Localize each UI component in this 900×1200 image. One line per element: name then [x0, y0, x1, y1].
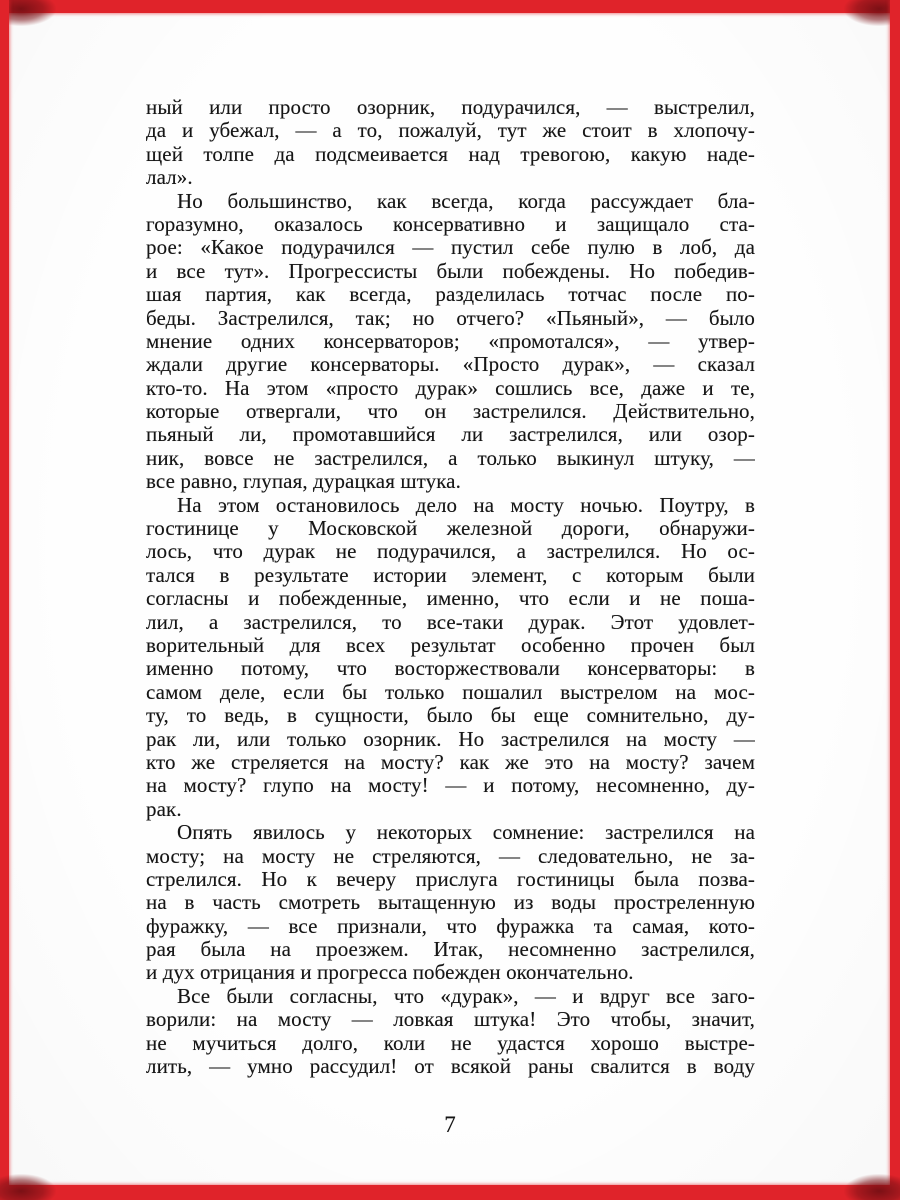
text-line: На этом остановилось дело на мосту ночью…: [146, 494, 755, 517]
text-line: ждали другие консерваторы. «Просто дурак…: [146, 353, 755, 376]
text-line: не мучиться долго, коли не удастся хорош…: [146, 1032, 755, 1055]
text-line: шая партия, как всегда, разделилась тотч…: [146, 283, 755, 306]
cover-corner-bottom-right: [844, 1174, 900, 1200]
text-line: да и убежал, — а то, пожалуй, тут же сто…: [146, 119, 755, 142]
text-line: Все были согласны, что «дурак», — и вдру…: [146, 985, 755, 1008]
text-line: кто-то. На этом «просто дурак» сошлись в…: [146, 377, 755, 400]
text-line: ворительный для всех результат особенно …: [146, 634, 755, 657]
text-line: именно потому, что восторжествовали конс…: [146, 657, 755, 680]
text-line: согласны и побежденные, именно, что если…: [146, 587, 755, 610]
text-line: рая была на проезжем. Итак, несомненно з…: [146, 938, 755, 961]
text-line: лось, что дурак не подурачился, а застре…: [146, 540, 755, 563]
text-line: которые отвергали, что он застрелился. Д…: [146, 400, 755, 423]
text-line: на в часть смотреть вытащенную из воды п…: [146, 891, 755, 914]
text-line: и дух отрицания и прогресса побежден око…: [146, 961, 755, 984]
text-line: тался в результате истории элемент, с ко…: [146, 564, 755, 587]
text-line: гостинице у Московской железной дороги, …: [146, 517, 755, 540]
text-line: фуражку, — все признали, что фуражка та …: [146, 915, 755, 938]
text-line: ник, вовсе не застрелился, а только выки…: [146, 447, 755, 470]
book-cover-edge-right: [890, 0, 900, 1200]
cover-corner-top-left: [0, 0, 56, 26]
text-line: стрелился. Но к вечеру прислуга гостиниц…: [146, 868, 755, 891]
text-line: ту, то ведь, в сущности, было бы еще сом…: [146, 704, 755, 727]
text-line: Но большинство, как всегда, когда рассуж…: [146, 190, 755, 213]
text-line: лил, а застрелился, то все-таки дурак. Э…: [146, 611, 755, 634]
cover-corner-top-right: [844, 0, 900, 26]
cover-corner-bottom-left: [0, 1174, 56, 1200]
book-page-photo: ный или просто озорник, подурачился, — в…: [0, 0, 900, 1200]
text-line: пьяный ли, промотавшийся ли застрелился,…: [146, 423, 755, 446]
text-line: горазумно, оказалось консервативно и защ…: [146, 213, 755, 236]
text-line: самом деле, если бы только пошалил выстр…: [146, 681, 755, 704]
text-line: беды. Застрелился, так; но отчего? «Пьян…: [146, 307, 755, 330]
book-cover-edge-bottom: [0, 1185, 900, 1200]
text-line: кто же стреляется на мосту? как же это н…: [146, 751, 755, 774]
text-line: рое: «Какое подурачился — пустил себе пу…: [146, 236, 755, 259]
text-line: мосту; на мосту не стреляются, — следова…: [146, 845, 755, 868]
text-line: лал».: [146, 166, 755, 189]
page-text: ный или просто озорник, подурачился, — в…: [146, 96, 755, 1078]
text-line: лить, — умно рассудил! от всякой раны св…: [146, 1055, 755, 1078]
text-line: Опять явилось у некоторых сомнение: заст…: [146, 821, 755, 844]
text-line: рак.: [146, 798, 755, 821]
text-line: и все тут». Прогрессисты были побеждены.…: [146, 260, 755, 283]
text-line: ный или просто озорник, подурачился, — в…: [146, 96, 755, 119]
book-cover-edge-left: [0, 0, 9, 1200]
text-line: мнение одних консерваторов; «промотался»…: [146, 330, 755, 353]
book-cover-edge-top: [0, 0, 900, 13]
text-line: все равно, глупая, дурацкая штука.: [146, 470, 755, 493]
text-line: ворили: на мосту — ловкая штука! Это что…: [146, 1008, 755, 1031]
text-line: щей толпе да подсмеивается над тревогою,…: [146, 143, 755, 166]
text-line: на мосту? глупо на мосту! — и потому, не…: [146, 774, 755, 797]
page-number: 7: [0, 1112, 900, 1138]
text-line: рак ли, или только озорник. Но застрелил…: [146, 728, 755, 751]
